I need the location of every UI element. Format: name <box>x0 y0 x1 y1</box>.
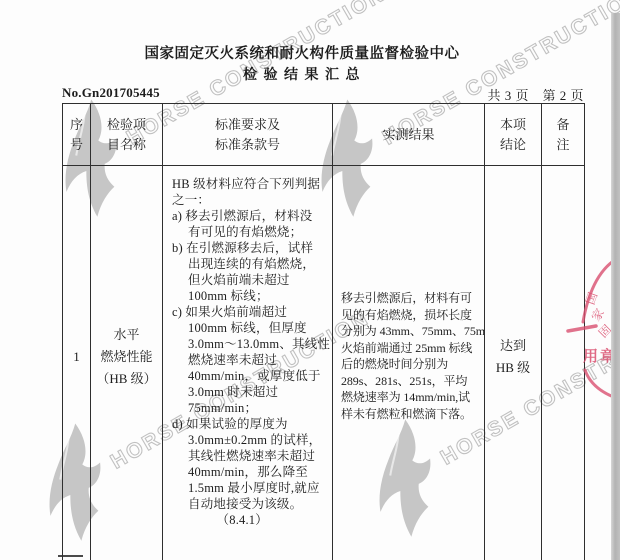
header-measured-result: 实测结果 <box>333 104 485 166</box>
text-line: 移去引燃源后，材料有可 <box>341 290 482 307</box>
page-counter: 共 3 页 第 2 页 <box>487 85 584 104</box>
text-line: HB 级 <box>496 357 530 379</box>
report-header: 国家固定灭火系统和耐火构件质量监督检验中心 检 验 结 果 汇 总 No.Gn2… <box>0 0 620 103</box>
cell-standard-req: HB 级材料应符合下列判据之一：a) 移去引燃源后，材料没 有可见的有焰燃烧；b… <box>163 166 333 560</box>
text-line: 但火焰前端未超过 <box>172 272 329 288</box>
text-line: 样未有燃粒和燃滴下落。 <box>341 406 482 423</box>
text-line: 3.0mm 时未超过 <box>172 384 329 400</box>
text-line: 之一： <box>172 192 329 208</box>
text-line: 100mm 标线，但厚度 <box>172 320 329 336</box>
text-line: 燃烧速率为 14mm/min,试 <box>341 389 482 406</box>
header-seq: 序 号 <box>63 104 91 166</box>
page-subtitle: 检 验 结 果 汇 总 <box>0 64 604 84</box>
text-line: 289s、281s、251s，平均 <box>341 373 482 390</box>
page-title: 国家固定灭火系统和耐火构件质量监督检验中心 <box>0 42 604 63</box>
scanned-report-page: HORSE CONSTRUCTION HORSE CONSTRUCTION HO… <box>0 0 620 560</box>
text-line: b) 在引燃源移去后，试样 <box>172 240 329 256</box>
text-line: 火焰前端通过 25mm 标线 <box>341 340 482 357</box>
cell-remark <box>542 166 585 560</box>
report-number: No.Gn201705445 <box>62 85 160 101</box>
cell-measured-result: 移去引燃源后，材料有可见的有焰燃烧，损坏长度分别为 43mm、75mm、75mm… <box>333 166 485 560</box>
scan-edge-shadow <box>611 13 620 560</box>
text-line: 出现连续的有焰燃烧， <box>172 256 329 272</box>
text-line: （8.4.1） <box>172 512 329 528</box>
cell-seq: 1 <box>63 166 91 560</box>
text-line: 75mm/min； <box>172 400 329 416</box>
cell-item-name: 水平燃烧性能（HB 级） <box>91 166 163 560</box>
header-conclusion: 本项 结论 <box>485 104 542 166</box>
results-table: 序 号 检验项 目名称 标准要求及 标准条款号 实测结果 本项 结论 备 注 1… <box>62 103 585 560</box>
text-line: a) 移去引燃源后，材料没 <box>172 208 329 224</box>
text-line: 自动地接受为该级。 <box>172 496 329 512</box>
text-line: 后的燃烧时间分别为 <box>341 356 482 373</box>
text-line: d) 如果试验的厚度为 <box>172 416 329 432</box>
cell-conclusion: 达到HB 级 <box>485 166 542 560</box>
seq-value: 1 <box>73 346 80 368</box>
text-line: 有可见的有焰燃烧； <box>172 224 329 240</box>
header-item-name: 检验项 目名称 <box>91 104 163 166</box>
text-line: 100mm 标线； <box>172 288 329 304</box>
text-line: 40mm/min，或厚度低于 <box>172 368 329 384</box>
meta-row: No.Gn201705445 共 3 页 第 2 页 <box>62 85 584 102</box>
text-line: 3.0mm±0.2mm 的试样， <box>172 432 329 448</box>
header-remark: 备 注 <box>542 104 585 166</box>
text-line: 40mm/min，那么降至 <box>172 464 329 480</box>
text-line: 达到 <box>500 335 526 357</box>
text-line: 燃烧性能 <box>100 346 152 368</box>
text-line: 分别为 43mm、75mm、75mm， <box>341 323 482 340</box>
text-line: （HB 级） <box>96 368 156 390</box>
header-standard-req: 标准要求及 标准条款号 <box>163 104 333 166</box>
text-line: 1.5mm 最小厚度时,就应 <box>172 480 329 496</box>
text-line: 水平 <box>113 324 139 346</box>
text-line: 见的有焰燃烧，损坏长度 <box>341 307 482 324</box>
text-line: 其线性燃烧速率未超过 <box>172 448 329 464</box>
text-line: 3.0mm～13.0mm、其线性 <box>172 336 329 352</box>
text-line: HB 级材料应符合下列判据 <box>172 176 329 192</box>
text-line: c) 如果火焰前端超过 <box>172 304 329 320</box>
text-line: 燃烧速率未超过 <box>172 352 329 368</box>
